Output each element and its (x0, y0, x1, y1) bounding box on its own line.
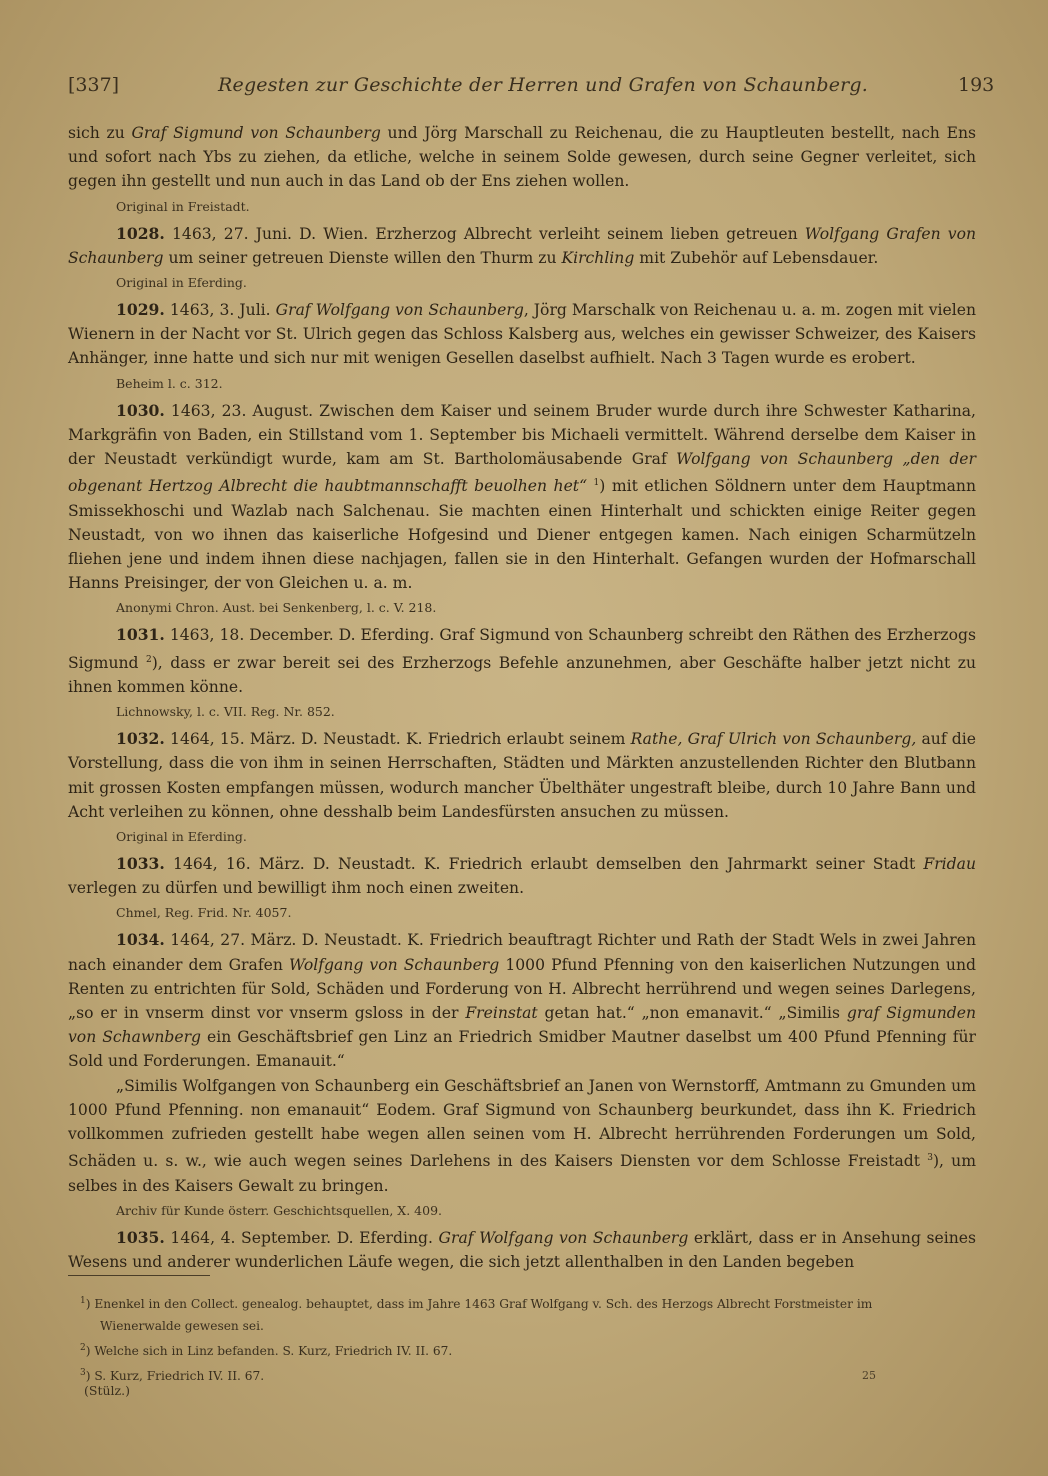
entry-number: 1031. (116, 625, 165, 644)
entry-1034: 1034. 1464, 27. März. D. Neustadt. K. Fr… (68, 928, 976, 1073)
running-title: Regesten zur Geschichte der Herren und G… (218, 74, 868, 96)
entry-1028: 1028. 1463, 27. Juni. D. Wien. Erzherzog… (68, 222, 976, 270)
italic-place: Kirchling (561, 249, 634, 267)
text: 1463, 27. Juni. D. Wien. Erzherzog Albre… (165, 225, 805, 243)
italic-name: Graf Wolfgang von Schaunberg (439, 1229, 689, 1247)
page-body: sich zu Graf Sigmund von Schaunberg und … (68, 121, 976, 1274)
text: 1464, 15. März. D. Neustadt. K. Friedric… (165, 730, 631, 748)
entry-1029: 1029. 1463, 3. Juli. Graf Wolfgang von S… (68, 298, 976, 371)
footnote-text: ) S. Kurz, Friedrich IV. II. 67. (86, 1369, 264, 1383)
entry-number: 1035. (116, 1228, 165, 1247)
continuation-paragraph: sich zu Graf Sigmund von Schaunberg und … (68, 121, 976, 194)
footnote-1: 1) Enenkel in den Collect. genealog. beh… (80, 1290, 980, 1315)
source-citation: Archiv für Kunde österr. Geschichtsquell… (116, 1200, 976, 1222)
source-citation: Chmel, Reg. Frid. Nr. 4057. (116, 902, 976, 924)
entry-1034-continuation: „Similis Wolfgangen von Schaunberg ein G… (68, 1074, 976, 1198)
section-number: [337] (68, 74, 119, 96)
entry-number: 1028. (116, 224, 165, 243)
italic-name: Wolfgang von Schaunberg (289, 956, 499, 974)
entry-number: 1032. (116, 729, 165, 748)
entry-number: 1033. (116, 854, 165, 873)
italic-place: Fridau (923, 855, 976, 873)
text: um seiner getreuen Dienste willen den Th… (164, 249, 562, 267)
text: getan hat.“ „non emanavit.“ „Similis (538, 1004, 847, 1022)
footnote-text: ) Welche sich in Linz befanden. S. Kurz,… (86, 1344, 453, 1358)
italic-name: Graf Wolfgang von Schaunberg (276, 301, 524, 319)
entry-number: 1029. (116, 300, 165, 319)
text: sich zu (68, 124, 131, 142)
source-citation: Beheim l. c. 312. (116, 373, 976, 395)
text: 1463, 3. Juli. (165, 301, 276, 319)
entry-1035: 1035. 1464, 4. September. D. Eferding. G… (68, 1226, 976, 1274)
entry-1033: 1033. 1464, 16. März. D. Neustadt. K. Fr… (68, 852, 976, 900)
italic-name: Rathe, Graf Ulrich von Schaunberg, (631, 730, 917, 748)
entry-1030: 1030. 1463, 23. August. Zwischen dem Kai… (68, 399, 976, 596)
source-citation: Anonymi Chron. Aust. bei Senkenberg, l. … (116, 597, 976, 619)
footnotes: 1) Enenkel in den Collect. genealog. beh… (80, 1290, 980, 1387)
text: 1464, 16. März. D. Neustadt. K. Friedric… (165, 855, 924, 873)
text: 1464, 4. September. D. Eferding. (165, 1229, 439, 1247)
footnote-2: 2) Welche sich in Linz befanden. S. Kurz… (80, 1337, 980, 1362)
text: verlegen zu dürfen und bewilligt ihm noc… (68, 879, 524, 897)
text: ein Geschäftsbrief gen Linz an Friedrich… (68, 1028, 976, 1070)
source-citation: Lichnowsky, l. c. VII. Reg. Nr. 852. (116, 701, 976, 723)
text: mit Zubehör auf Lebensdauer. (634, 249, 878, 267)
author-note: (Stülz.) (84, 1383, 130, 1398)
italic-place: Freinstat (465, 1004, 537, 1022)
entry-1031: 1031. 1463, 18. December. D. Eferding. G… (68, 623, 976, 699)
entry-number: 1034. (116, 930, 165, 949)
running-header: [337] Regesten zur Geschichte der Herren… (68, 74, 968, 104)
footnote-3: 3) S. Kurz, Friedrich IV. II. 67. (80, 1362, 980, 1387)
source-citation: Original in Eferding. (116, 272, 976, 294)
signature-mark: 25 (862, 1369, 876, 1382)
source-citation: Original in Eferding. (116, 826, 976, 848)
footnote-1-continuation: Wienerwalde gewesen sei. (80, 1315, 980, 1337)
entry-1032: 1032. 1464, 15. März. D. Neustadt. K. Fr… (68, 727, 976, 824)
text: „Similis Wolfgangen von Schaunberg ein G… (68, 1077, 976, 1171)
page-number: 193 (958, 74, 994, 96)
book-page: [337] Regesten zur Geschichte der Herren… (0, 0, 1048, 1476)
source-citation: Original in Freistadt. (116, 196, 976, 218)
text: ), dass er zwar bereit sei des Erzherzog… (68, 654, 976, 696)
footnote-divider (68, 1275, 210, 1276)
entry-number: 1030. (116, 401, 165, 420)
footnote-text: ) Enenkel in den Collect. genealog. beha… (86, 1297, 873, 1311)
italic-name: Graf Sigmund von Schaunberg (131, 124, 380, 142)
